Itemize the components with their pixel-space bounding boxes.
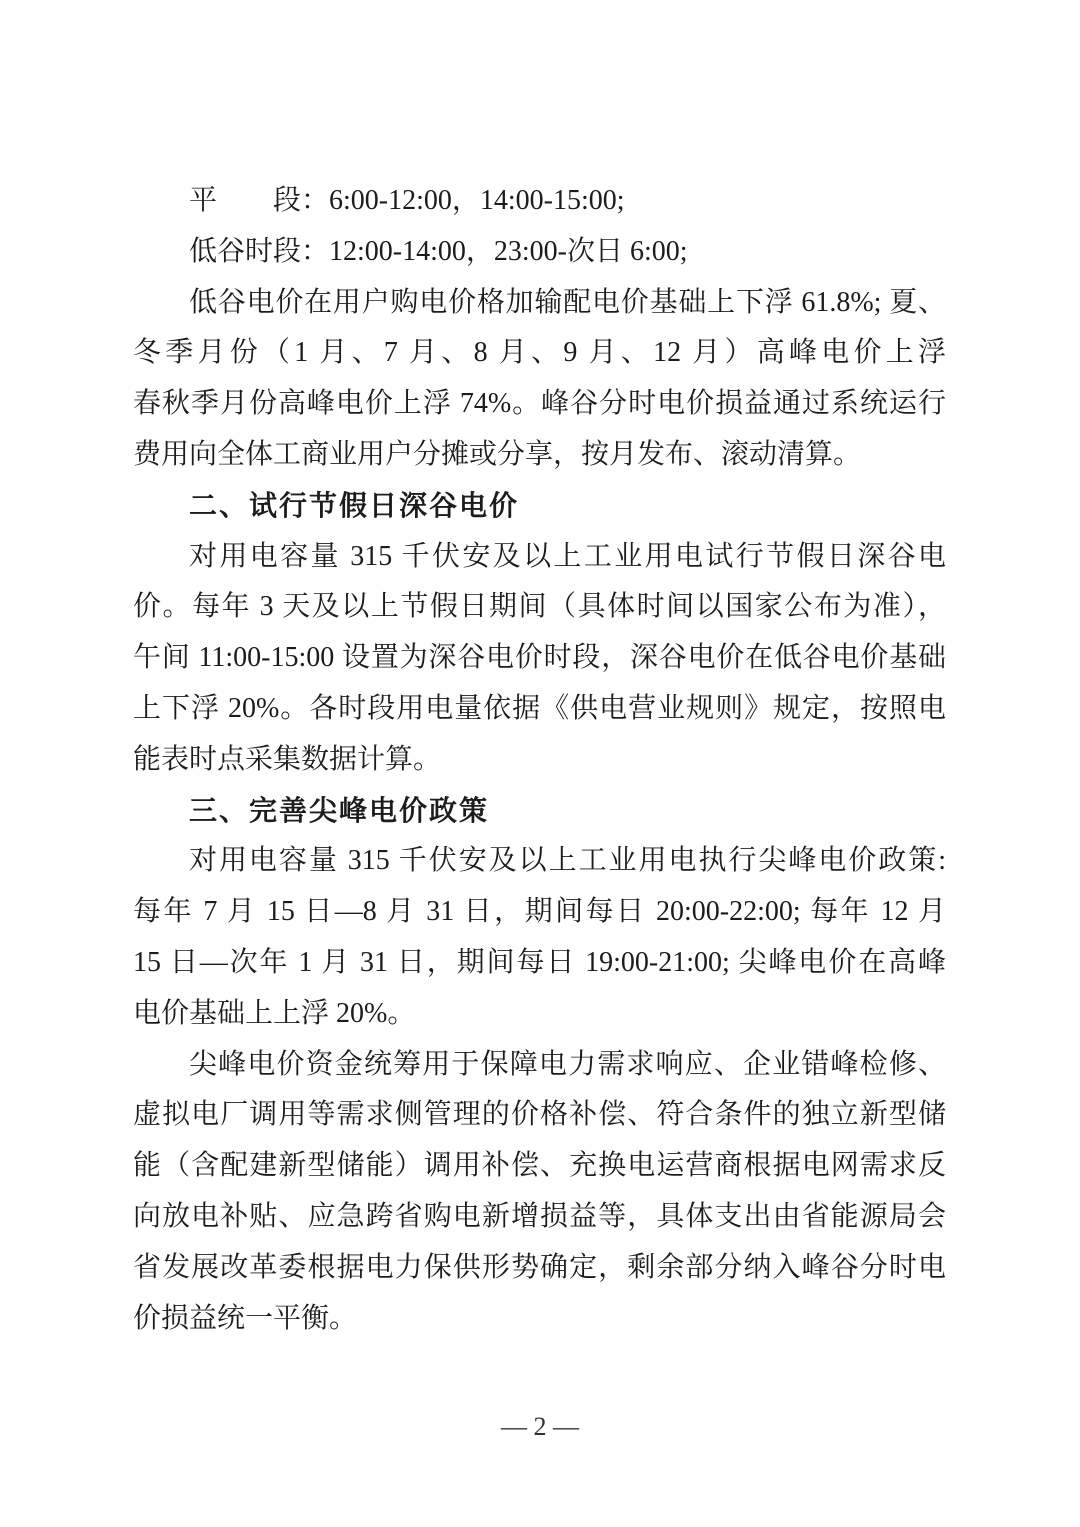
section-heading: 二、试行节假日深谷电价 [133,481,946,532]
document-line: 平 段：6:00-12:00，14:00-15:00; [133,176,946,227]
document-body: 平 段：6:00-12:00，14:00-15:00;低谷时段：12:00-14… [133,176,946,1344]
document-line: 对用电容量 315 千伏安及以上工业用电试行节假日深谷电 [133,532,946,583]
document-line: 省发展改革委根据电力保供形势确定，剩余部分纳入峰谷分时电 [133,1243,946,1294]
document-line: 虚拟电厂调用等需求侧管理的价格补偿、符合条件的独立新型储 [133,1090,946,1141]
document-line: 低谷电价在用户购电价格加输配电价基础上下浮 61.8%; 夏、 [133,278,946,329]
document-line: 电价基础上上浮 20%。 [133,989,946,1040]
document-line: 上下浮 20%。各时段用电量依据《供电营业规则》规定，按照电 [133,684,946,735]
section-heading: 三、完善尖峰电价政策 [133,786,946,837]
document-line: 冬季月份（1 月、7 月、8 月、9 月、12 月）高峰电价上浮 84.3%， [133,328,946,379]
document-line: 向放电补贴、应急跨省购电新增损益等，具体支出由省能源局会 [133,1192,946,1243]
document-line: 费用向全体工商业用户分摊或分享，按月发布、滚动清算。 [133,430,946,481]
document-line: 午间 11:00-15:00 设置为深谷电价时段，深谷电价在低谷电价基础 [133,633,946,684]
document-line: 对用电容量 315 千伏安及以上工业用电执行尖峰电价政策: [133,836,946,887]
document-line: 价。每年 3 天及以上节假日期间（具体时间以国家公布为准）， [133,582,946,633]
document-line: 低谷时段：12:00-14:00，23:00-次日 6:00; [133,227,946,278]
document-page: 平 段：6:00-12:00，14:00-15:00;低谷时段：12:00-14… [0,0,1080,1527]
document-line: 能表时点采集数据计算。 [133,735,946,786]
document-line: 尖峰电价资金统筹用于保障电力需求响应、企业错峰检修、 [133,1040,946,1091]
document-line: 15 日—次年 1 月 31 日，期间每日 19:00-21:00; 尖峰电价在… [133,938,946,989]
document-line: 春秋季月份高峰电价上浮 74%。峰谷分时电价损益通过系统运行 [133,379,946,430]
page-number: — 2 — [0,1410,1080,1444]
document-line: 每年 7 月 15 日—8 月 31 日，期间每日 20:00-22:00; 每… [133,887,946,938]
document-line: 价损益统一平衡。 [133,1294,946,1345]
document-line: 能（含配建新型储能）调用补偿、充换电运营商根据电网需求反 [133,1141,946,1192]
